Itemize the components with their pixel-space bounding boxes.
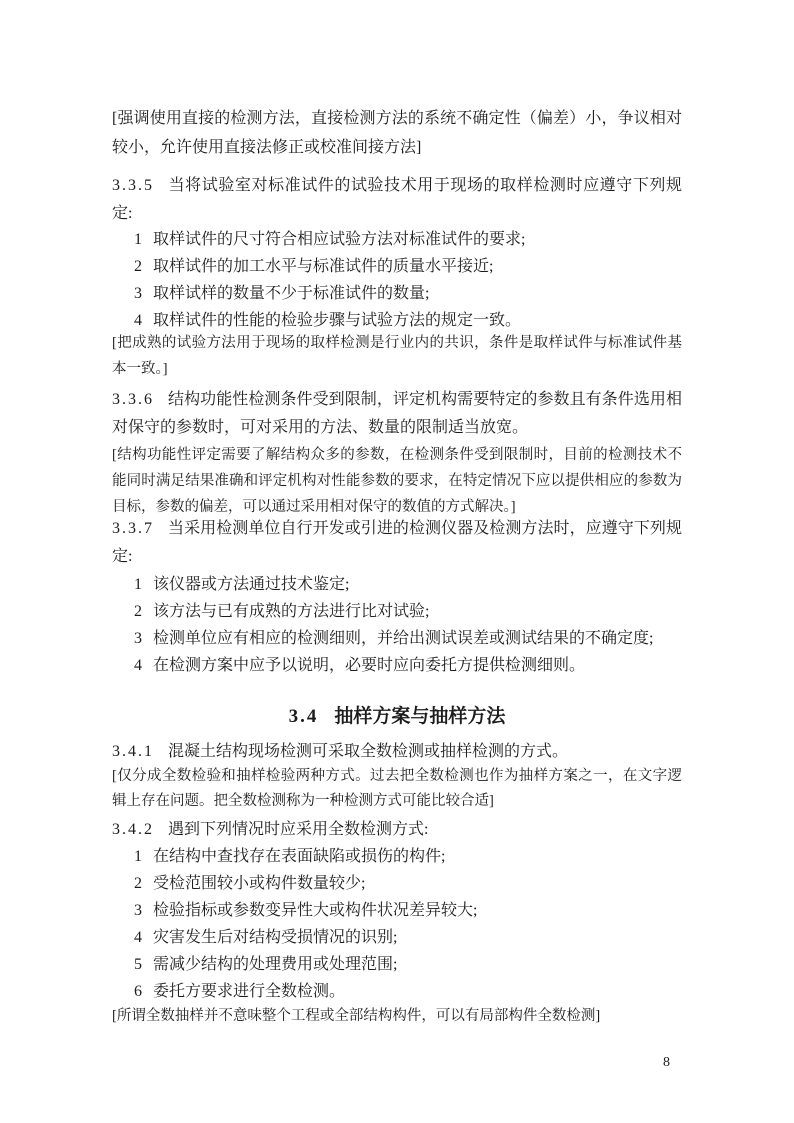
clause-3-3-7: 3.3.7当采用检测单位自行开发或引进的检测仪器及检测方法时，应遵守下列规定: [112, 515, 682, 571]
item-number: 4 [134, 312, 142, 329]
item-text: 委托方要求进行全数检测。 [153, 983, 345, 1000]
item-text: 灾害发生后对结构受损情况的识别; [153, 929, 397, 946]
list-item: 3检测单位应有相应的检测细则，并给出测试误差或测试结果的不确定度; [112, 625, 682, 652]
item-number: 5 [134, 956, 142, 973]
commentary-note-3-4-1: [仅分成全数检验和抽样检验两种方式。过去把全数检测也作为抽样方案之一，在文字逻辑… [112, 764, 682, 814]
list-item: 3取样试样的数量不少于标准试件的数量; [112, 280, 682, 307]
item-text: 受检范围较小或构件数量较少; [153, 875, 365, 892]
list-item: 6委托方要求进行全数检测。 [112, 978, 682, 1005]
list-3-4-2: 1在结构中查找存在表面缺陷或损伤的构件; 2受检范围较小或构件数量较少; 3检验… [112, 843, 682, 1005]
item-text: 取样试件的性能的检验步骤与试验方法的规定一致。 [153, 312, 521, 329]
page-number: 8 [112, 1054, 682, 1071]
list-item: 1取样试件的尺寸符合相应试验方法对标准试件的要求; [112, 226, 682, 253]
clause-number: 3.4.2 [112, 821, 154, 838]
item-text: 检验指标或参数变异性大或构件状况差异较大; [153, 902, 477, 919]
item-text: 检测单位应有相应的检测细则，并给出测试误差或测试结果的不确定度; [153, 630, 653, 647]
commentary-note-3-3-6: [结构功能性评定需要了解结构众多的参数，在检测条件受到限制时，目前的检测技术不能… [112, 442, 682, 520]
list-item: 3检验指标或参数变异性大或构件状况差异较大; [112, 897, 682, 924]
item-number: 3 [134, 902, 142, 919]
clause-number: 3.3.7 [112, 520, 154, 537]
clause-3-3-5: 3.3.5当将试验室对标准试件的试验技术用于现场的取样检测时应遵守下列规定: [112, 172, 682, 228]
list-item: 2受检范围较小或构件数量较少; [112, 870, 682, 897]
list-item: 2取样试件的加工水平与标准试件的质量水平接近; [112, 253, 682, 280]
clause-number: 3.3.5 [112, 177, 154, 194]
list-3-3-5: 1取样试件的尺寸符合相应试验方法对标准试件的要求; 2取样试件的加工水平与标准试… [112, 226, 682, 334]
list-3-3-7: 1该仪器或方法通过技术鉴定; 2该方法与已有成熟的方法进行比对试验; 3检测单位… [112, 571, 682, 679]
item-text: 取样试件的加工水平与标准试件的质量水平接近; [153, 258, 493, 275]
section-number: 3.4 [289, 706, 319, 727]
clause-3-4-1: 3.4.1混凝土结构现场检测可采取全数检测或抽样检测的方式。 [112, 738, 682, 765]
commentary-note-3-4-2: [所谓全数抽样并不意味整个工程或全部结构构件，可以有局部构件全数检测] [112, 1004, 682, 1029]
list-item: 4灾害发生后对结构受损情况的识别; [112, 924, 682, 951]
item-number: 6 [134, 983, 142, 1000]
list-item: 5需减少结构的处理费用或处理范围; [112, 951, 682, 978]
commentary-note-intro: [强调使用直接的检测方法，直接检测方法的系统不确定性（偏差）小，争议相对较小，允… [112, 104, 682, 162]
clause-text: 结构功能性检测条件受到限制，评定机构需要特定的参数且有条件选用相对保守的参数时，… [112, 391, 682, 436]
commentary-note-3-3-5: [把成熟的试验方法用于现场的取样检测是行业内的共识，条件是取样试件与标准试件基本… [112, 330, 682, 382]
section-title: 抽样方案与抽样方法 [334, 706, 505, 727]
document-page: [强调使用直接的检测方法，直接检测方法的系统不确定性（偏差）小，争议相对较小，允… [0, 0, 794, 1123]
clause-text: 遇到下列情况时应采用全数检测方式: [168, 821, 428, 838]
list-item: 1在结构中查找存在表面缺陷或损伤的构件; [112, 843, 682, 870]
item-text: 取样试样的数量不少于标准试件的数量; [153, 285, 429, 302]
clause-3-4-2: 3.4.2遇到下列情况时应采用全数检测方式: [112, 816, 682, 843]
item-text: 该方法与已有成熟的方法进行比对试验; [153, 603, 429, 620]
item-text: 该仪器或方法通过技术鉴定; [153, 576, 349, 593]
item-text: 在结构中查找存在表面缺陷或损伤的构件; [153, 848, 445, 865]
clause-number: 3.3.6 [112, 391, 154, 408]
item-text: 取样试件的尺寸符合相应试验方法对标准试件的要求; [153, 231, 525, 248]
item-number: 1 [134, 231, 142, 248]
item-text: 在检测方案中应予以说明，必要时应向委托方提供检测细则。 [153, 657, 585, 674]
item-number: 2 [134, 875, 142, 892]
item-number: 1 [134, 848, 142, 865]
item-number: 1 [134, 576, 142, 593]
item-number: 2 [134, 258, 142, 275]
clause-text: 混凝土结构现场检测可采取全数检测或抽样检测的方式。 [168, 743, 568, 760]
list-item: 1该仪器或方法通过技术鉴定; [112, 571, 682, 598]
section-heading-3-4: 3.4抽样方案与抽样方法 [112, 704, 682, 730]
item-number: 4 [134, 929, 142, 946]
item-number: 4 [134, 657, 142, 674]
clause-text: 当将试验室对标准试件的试验技术用于现场的取样检测时应遵守下列规定: [112, 177, 682, 222]
clause-text: 当采用检测单位自行开发或引进的检测仪器及检测方法时，应遵守下列规定: [112, 520, 682, 565]
list-item: 2该方法与已有成熟的方法进行比对试验; [112, 598, 682, 625]
item-number: 2 [134, 603, 142, 620]
item-number: 3 [134, 630, 142, 647]
clause-number: 3.4.1 [112, 743, 154, 760]
item-number: 3 [134, 285, 142, 302]
list-item: 4在检测方案中应予以说明，必要时应向委托方提供检测细则。 [112, 652, 682, 679]
clause-3-3-6: 3.3.6结构功能性检测条件受到限制，评定机构需要特定的参数且有条件选用相对保守… [112, 386, 682, 442]
item-text: 需减少结构的处理费用或处理范围; [153, 956, 397, 973]
